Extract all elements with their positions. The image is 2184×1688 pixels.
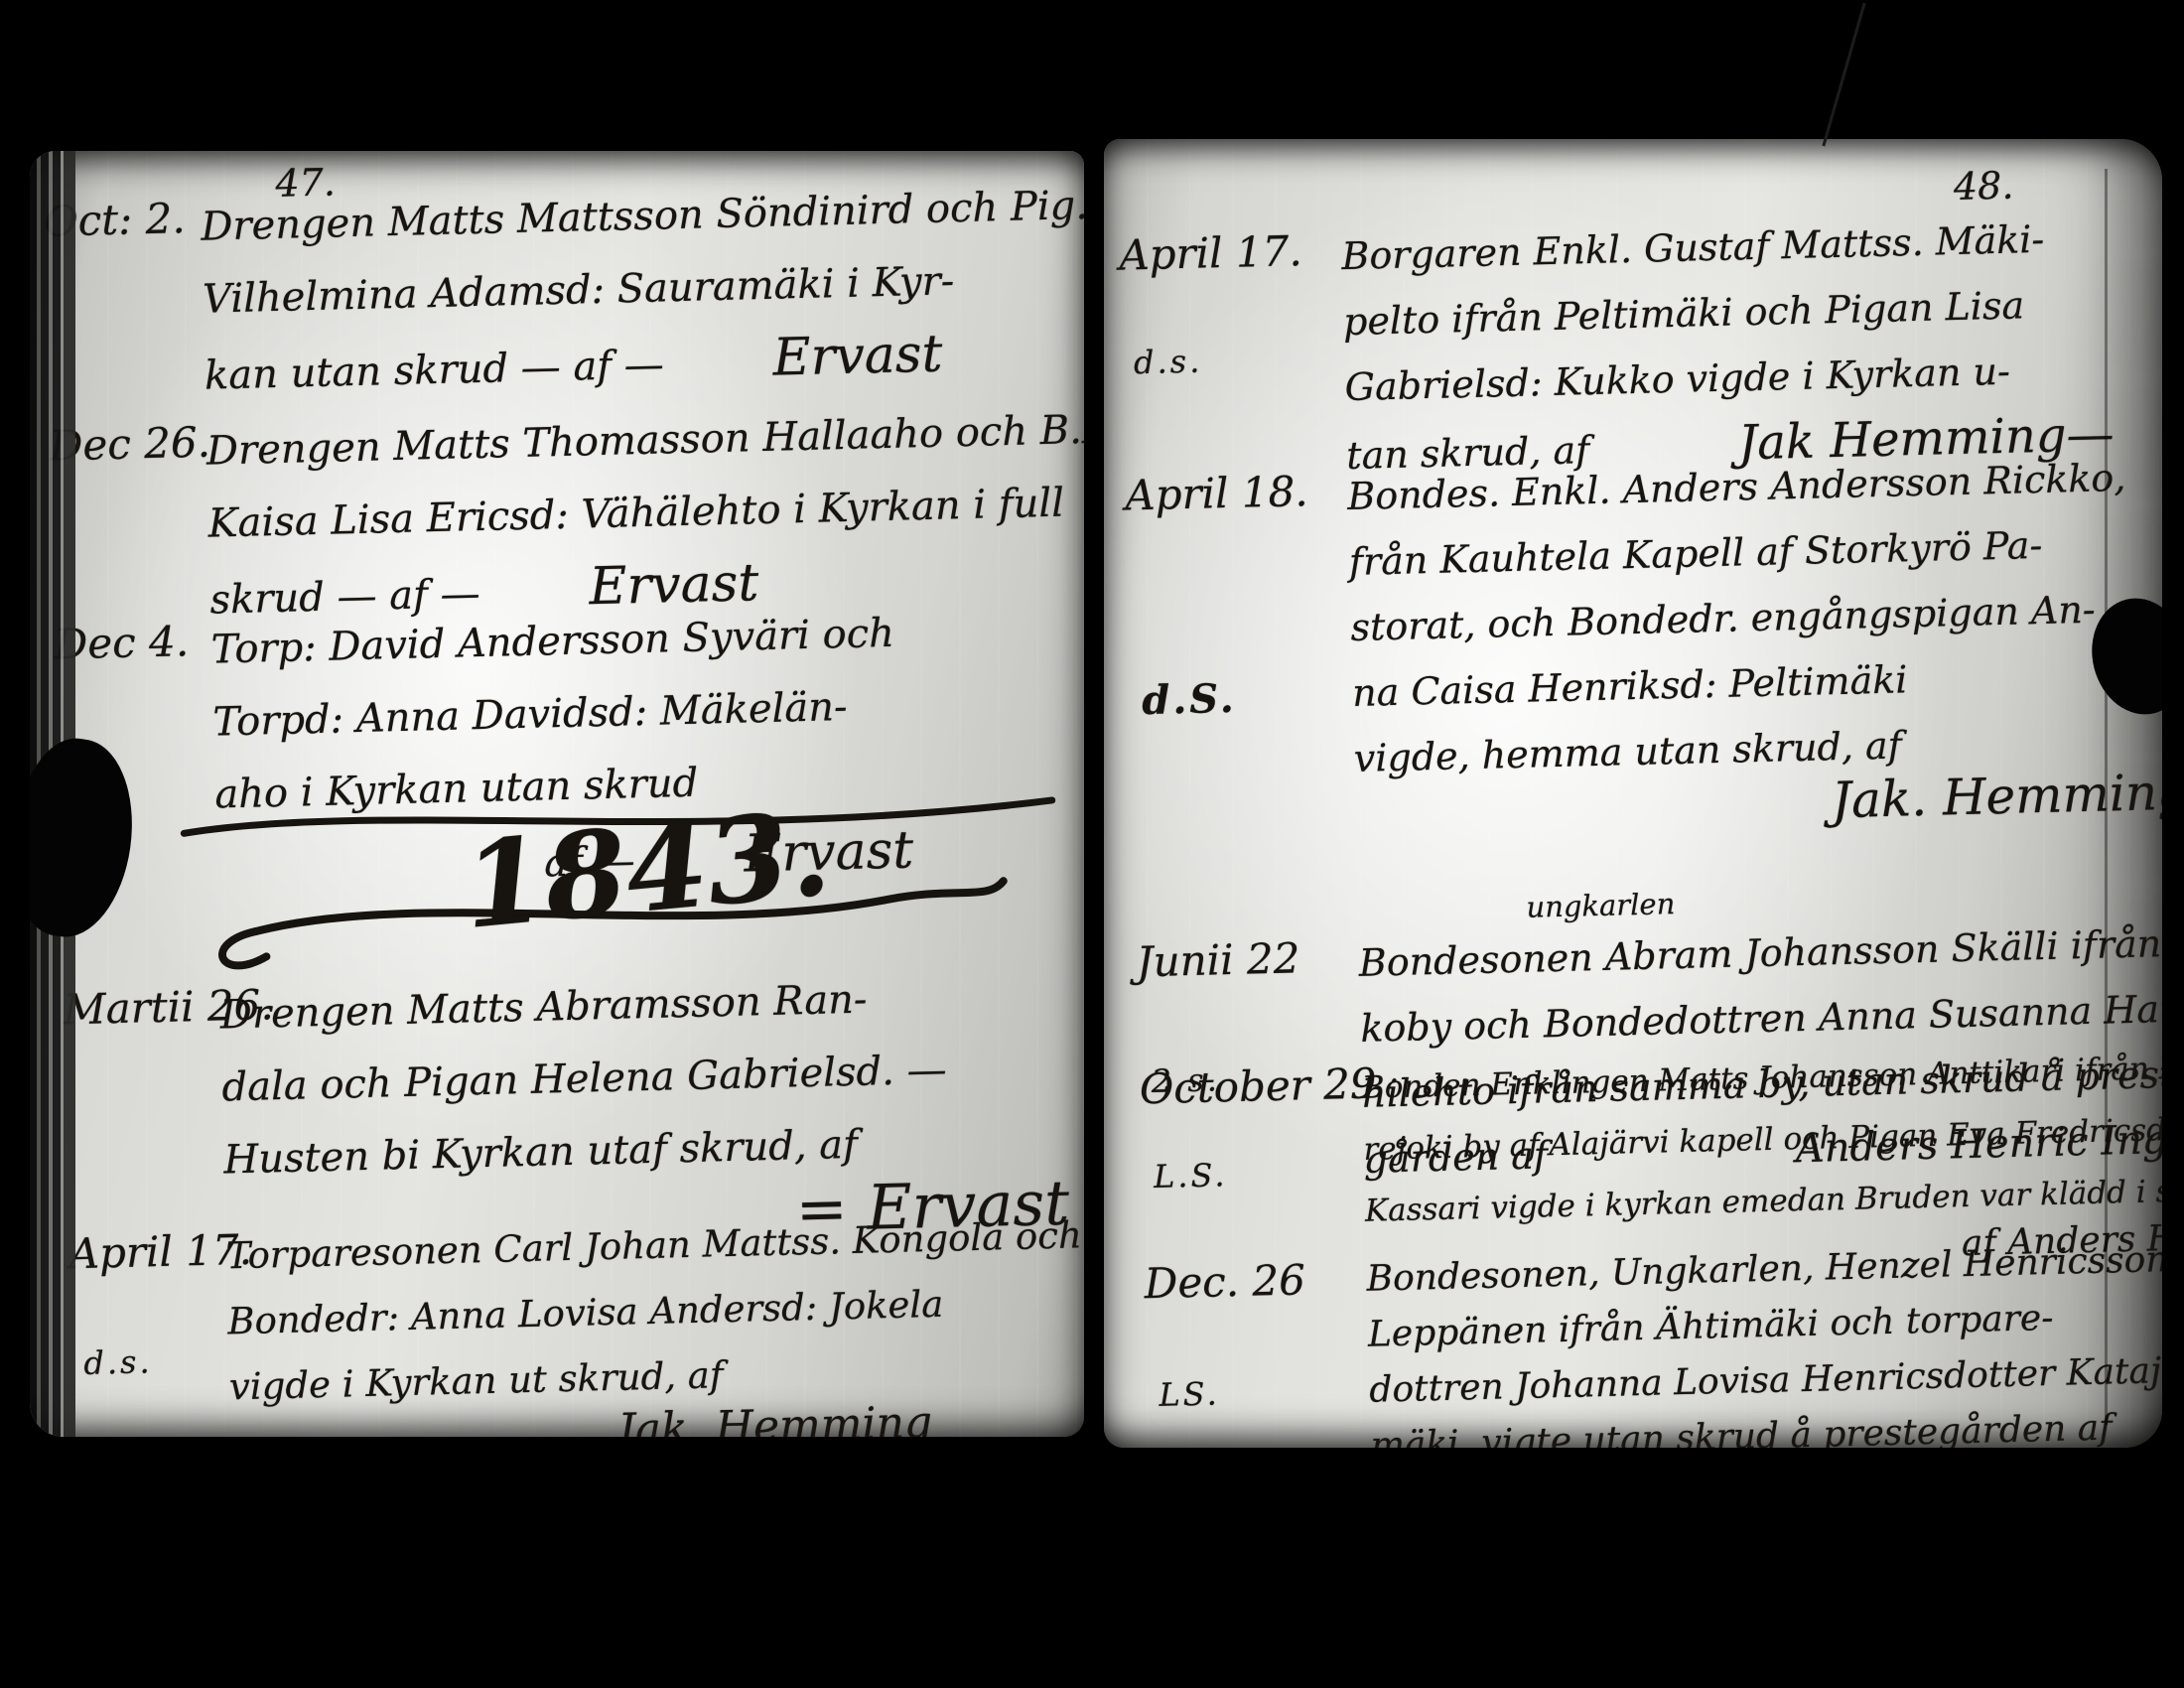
scanned-register-photo: 47. Oct: 2. Drengen Matts Mattsson Söndi… (0, 0, 2184, 1688)
margin-note: LS. (1159, 1374, 1220, 1413)
entry-text: Bondesonen, Ungkarlen, Henzel Henricsson… (1366, 1232, 2162, 1448)
entry-text: Drengen Matts Mattsson Söndinird och Pig… (201, 170, 1084, 413)
entry-date: Martii 26. (63, 980, 274, 1034)
entry-date: Junii 22 (1136, 933, 1300, 986)
margin-note: d.s. (83, 1342, 153, 1382)
margin-note: d.s. (1134, 343, 1203, 382)
record-entry: April 17. d.s. Torparesonen Carl Johan M… (55, 1202, 1084, 1437)
record-entry: Oct: 2. Drengen Matts Mattsson Söndinird… (30, 170, 1084, 417)
entry-date: October 29 (1139, 1058, 1377, 1113)
page-number-48: 48. (1953, 164, 2013, 209)
signature: Jak. Hemming (1831, 764, 2162, 829)
left-page-content: 47. Oct: 2. Drengen Matts Mattsson Söndi… (30, 151, 1084, 1437)
interline-note: ungkarlen (1526, 887, 1676, 924)
entry-text: Torparesonen Carl Johan Mattss. Kongola … (225, 1202, 1084, 1437)
entry-date: April 17. (68, 1225, 252, 1278)
margin-note: d.S. (1142, 675, 1237, 724)
right-page-content: 48. April 17. d.s. Borgaren Enkl. Gustaf… (1104, 139, 2162, 1448)
signature: Ervast (772, 319, 944, 395)
entry-date: Dec. 26 (1144, 1255, 1305, 1308)
margin-note: L.S. (1154, 1156, 1228, 1196)
right-page: 48. April 17. d.s. Borgaren Enkl. Gustaf… (1104, 139, 2162, 1448)
entry-text: Bondes. Enkl. Anders Andersson Rickko, f… (1347, 444, 2162, 841)
photo-scratch (1822, 2, 1865, 146)
entry-date: April 18. (1125, 467, 1308, 519)
entry-text: Borgaren Enkl. Gustaf Mattss. Mäki- pelt… (1341, 204, 2162, 489)
left-page: 47. Oct: 2. Drengen Matts Mattsson Söndi… (30, 151, 1084, 1437)
record-entry: April 18. d.S. Bondes. Enkl. Anders Ande… (1111, 444, 2162, 847)
page-edge-crease (2105, 169, 2108, 1425)
entry-date: April 17. (1119, 226, 1302, 279)
record-entry: Dec. 26 LS. Bondesonen, Ungkarlen, Henze… (1130, 1232, 2162, 1448)
